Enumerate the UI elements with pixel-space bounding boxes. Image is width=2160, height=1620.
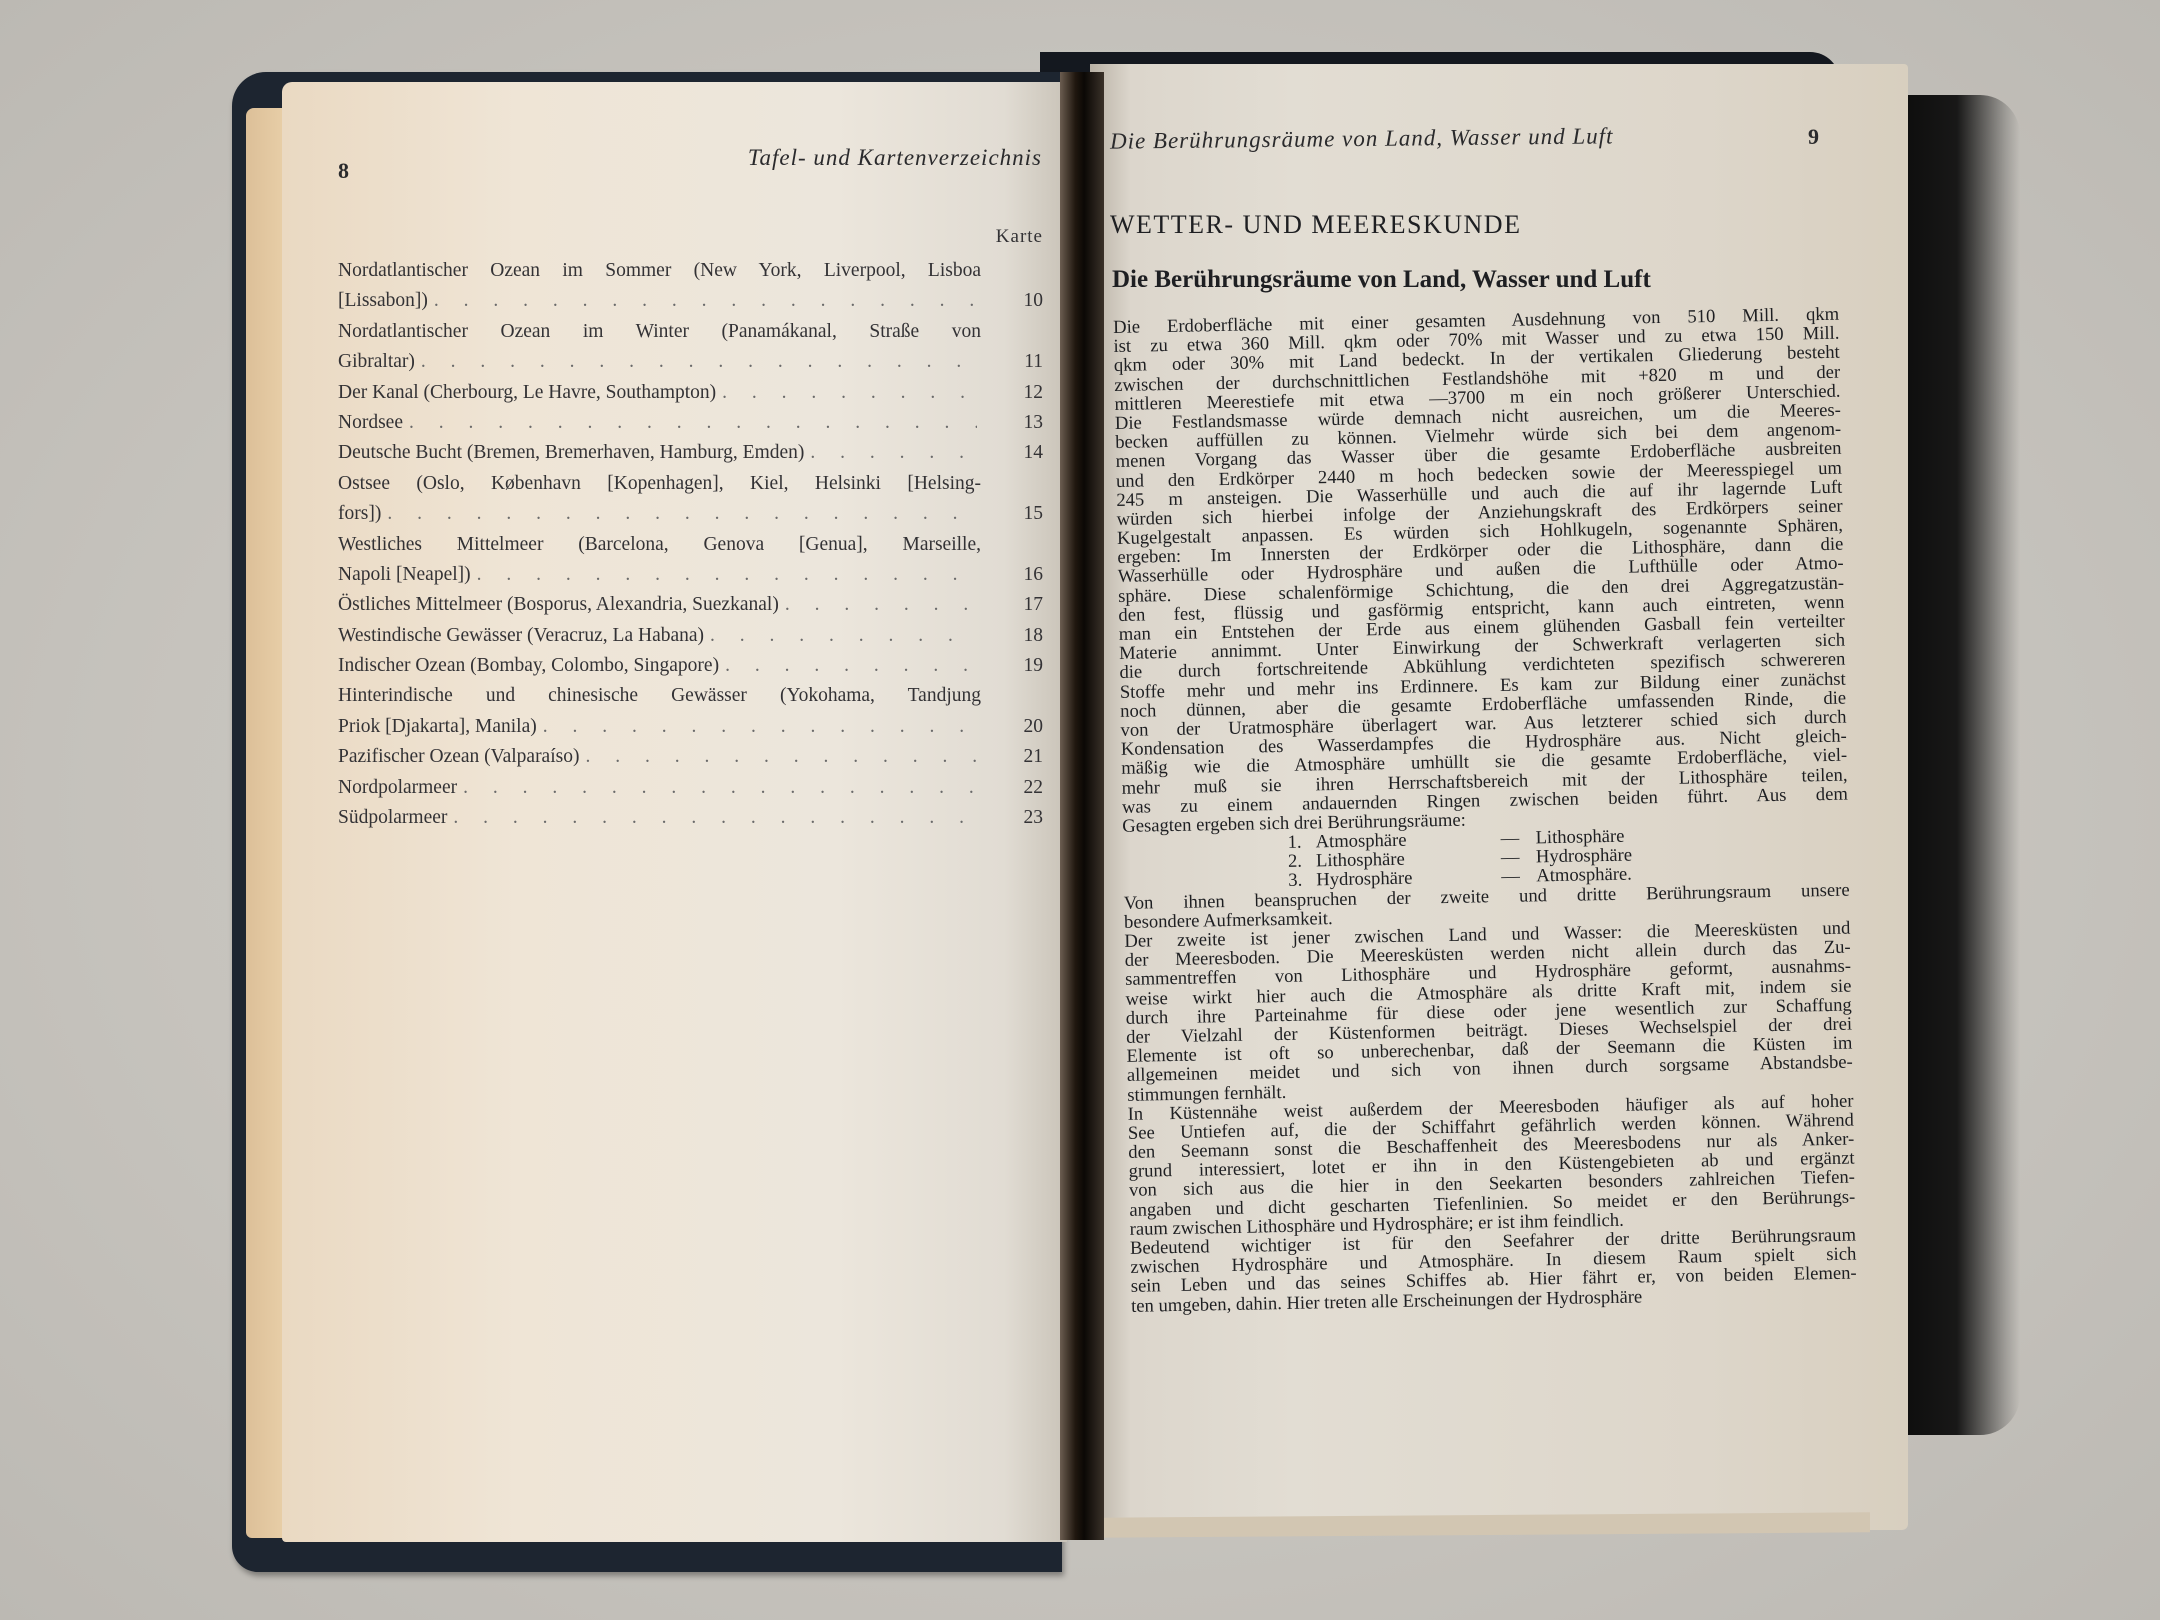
toc-entry-title: Nordpolarmeer <box>338 773 457 803</box>
toc-entry: Westindische Gewässer (Veracruz, La Haba… <box>338 621 1043 651</box>
toc-entry-title: Nordatlantischer Ozean im Winter (Panamá… <box>338 317 1043 347</box>
section-title: WETTER- UND MEERESKUNDE <box>1110 210 1521 240</box>
toc-entry-title: fors]) <box>338 499 381 529</box>
book-gutter <box>1060 72 1104 1540</box>
toc-entry: Nordpolarmeer22 <box>338 773 1043 803</box>
paragraph-1: Die Erdoberfläche mit einer gesamten Aus… <box>1113 305 1848 836</box>
map-number: 21 <box>1015 742 1043 772</box>
map-number: 23 <box>1015 803 1043 833</box>
toc-entry: Indischer Ozean (Bombay, Colombo, Singap… <box>338 651 1043 681</box>
leader-dots <box>722 378 977 408</box>
map-number: 10 <box>1015 286 1043 316</box>
column-header-karte: Karte <box>338 226 1043 248</box>
left-page-number: 8 <box>338 158 349 184</box>
leader-dots <box>434 286 977 316</box>
article-body: Die Erdoberfläche mit einer gesamten Aus… <box>1113 305 1857 1316</box>
toc-entry-title: Nordatlantischer Ozean im Sommer (New Yo… <box>338 256 1043 286</box>
contact-zone-dash: — <box>1500 828 1535 848</box>
contact-zone-dash: — <box>1501 848 1536 868</box>
table-of-maps: Karte Nordatlantischer Ozean im Sommer (… <box>338 226 1043 833</box>
map-number: 18 <box>1015 621 1043 651</box>
toc-entry-title: Deutsche Bucht (Bremen, Bremerhaven, Ham… <box>338 438 804 468</box>
paragraph-4: In Küstennähe weist außerdem der Meeresb… <box>1127 1091 1855 1239</box>
contact-zone-dash: — <box>1501 867 1536 887</box>
map-number: 13 <box>1015 408 1043 438</box>
toc-entry-title: Gibraltar) <box>338 347 415 377</box>
map-number: 12 <box>1015 378 1043 408</box>
page-stack-edge <box>246 108 286 1538</box>
leader-dots <box>725 651 977 681</box>
leader-dots <box>453 803 977 833</box>
leader-dots <box>463 773 977 803</box>
leader-dots <box>477 560 977 590</box>
map-number: 16 <box>1015 560 1043 590</box>
map-number: 17 <box>1015 590 1043 620</box>
article-title: Die Berührungsräume von Land, Wasser und… <box>1112 266 1651 294</box>
leader-dots <box>785 590 977 620</box>
toc-entry: Südpolarmeer23 <box>338 803 1043 833</box>
toc-entry-title: Napoli [Neapel]) <box>338 560 471 590</box>
toc-entry: Pazifischer Ozean (Valparaíso)21 <box>338 742 1043 772</box>
toc-entry-title: Südpolarmeer <box>338 803 447 833</box>
right-page-bottom-edge <box>1100 1512 1870 1537</box>
leader-dots <box>810 438 977 468</box>
contact-zone-b: Atmosphäre. <box>1536 865 1632 886</box>
toc-entry-title: Der Kanal (Cherbourg, Le Havre, Southamp… <box>338 378 716 408</box>
map-number: 22 <box>1015 773 1043 803</box>
toc-entry: Ostsee (Oslo, København [Kopenhagen], Ki… <box>338 469 1043 530</box>
right-page-number: 9 <box>1808 124 1819 150</box>
map-number: 14 <box>1015 438 1043 468</box>
toc-entry: Nordsee13 <box>338 408 1043 438</box>
paragraph-5: Bedeutend wichtiger ist für den Seefahre… <box>1130 1226 1857 1316</box>
toc-entry: Nordatlantischer Ozean im Winter (Panamá… <box>338 317 1043 378</box>
toc-entry-title: Pazifischer Ozean (Valparaíso) <box>338 742 579 772</box>
toc-entry-title: Westindische Gewässer (Veracruz, La Haba… <box>338 621 704 651</box>
leader-dots <box>710 621 977 651</box>
contact-zone-num: 3. <box>1288 871 1316 891</box>
contact-zone-num: 2. <box>1288 852 1316 872</box>
toc-entry: Der Kanal (Cherbourg, Le Havre, Southamp… <box>338 378 1043 408</box>
toc-entry-title: Priok [Djakarta], Manila) <box>338 712 537 742</box>
toc-entry-title: Hinterindische und chinesische Gewässer … <box>338 681 1043 711</box>
left-running-head: Tafel- und Kartenverzeichnis <box>700 145 1042 171</box>
leader-dots <box>409 408 977 438</box>
toc-entry: Östliches Mittelmeer (Bosporus, Alexandr… <box>338 590 1043 620</box>
toc-entry: Deutsche Bucht (Bremen, Bremerhaven, Ham… <box>338 438 1043 468</box>
leader-dots <box>585 742 977 772</box>
toc-list: Nordatlantischer Ozean im Sommer (New Yo… <box>338 256 1043 833</box>
map-number: 11 <box>1015 347 1043 377</box>
contact-zone-num: 1. <box>1287 832 1315 852</box>
leader-dots <box>387 499 977 529</box>
toc-entry-title: Westliches Mittelmeer (Barcelona, Genova… <box>338 530 1043 560</box>
right-running-head: Die Berührungsräume von Land, Wasser und… <box>1110 123 1614 154</box>
leader-dots <box>543 712 977 742</box>
toc-entry-title: Indischer Ozean (Bombay, Colombo, Singap… <box>338 651 719 681</box>
toc-entry: Nordatlantischer Ozean im Sommer (New Yo… <box>338 256 1043 317</box>
map-number: 20 <box>1015 712 1043 742</box>
toc-entry: Hinterindische und chinesische Gewässer … <box>338 681 1043 742</box>
toc-entry: Westliches Mittelmeer (Barcelona, Genova… <box>338 530 1043 591</box>
toc-entry-title: Nordsee <box>338 408 403 438</box>
toc-entry-title: Östliches Mittelmeer (Bosporus, Alexandr… <box>338 590 779 620</box>
toc-entry-title: [Lissabon]) <box>338 286 428 316</box>
map-number: 19 <box>1015 651 1043 681</box>
paragraph-3: Der zweite ist jener zwischen Land und W… <box>1124 919 1853 1105</box>
leader-dots <box>421 347 977 377</box>
map-number: 15 <box>1015 499 1043 529</box>
toc-entry-title: Ostsee (Oslo, København [Kopenhagen], Ki… <box>338 469 1043 499</box>
